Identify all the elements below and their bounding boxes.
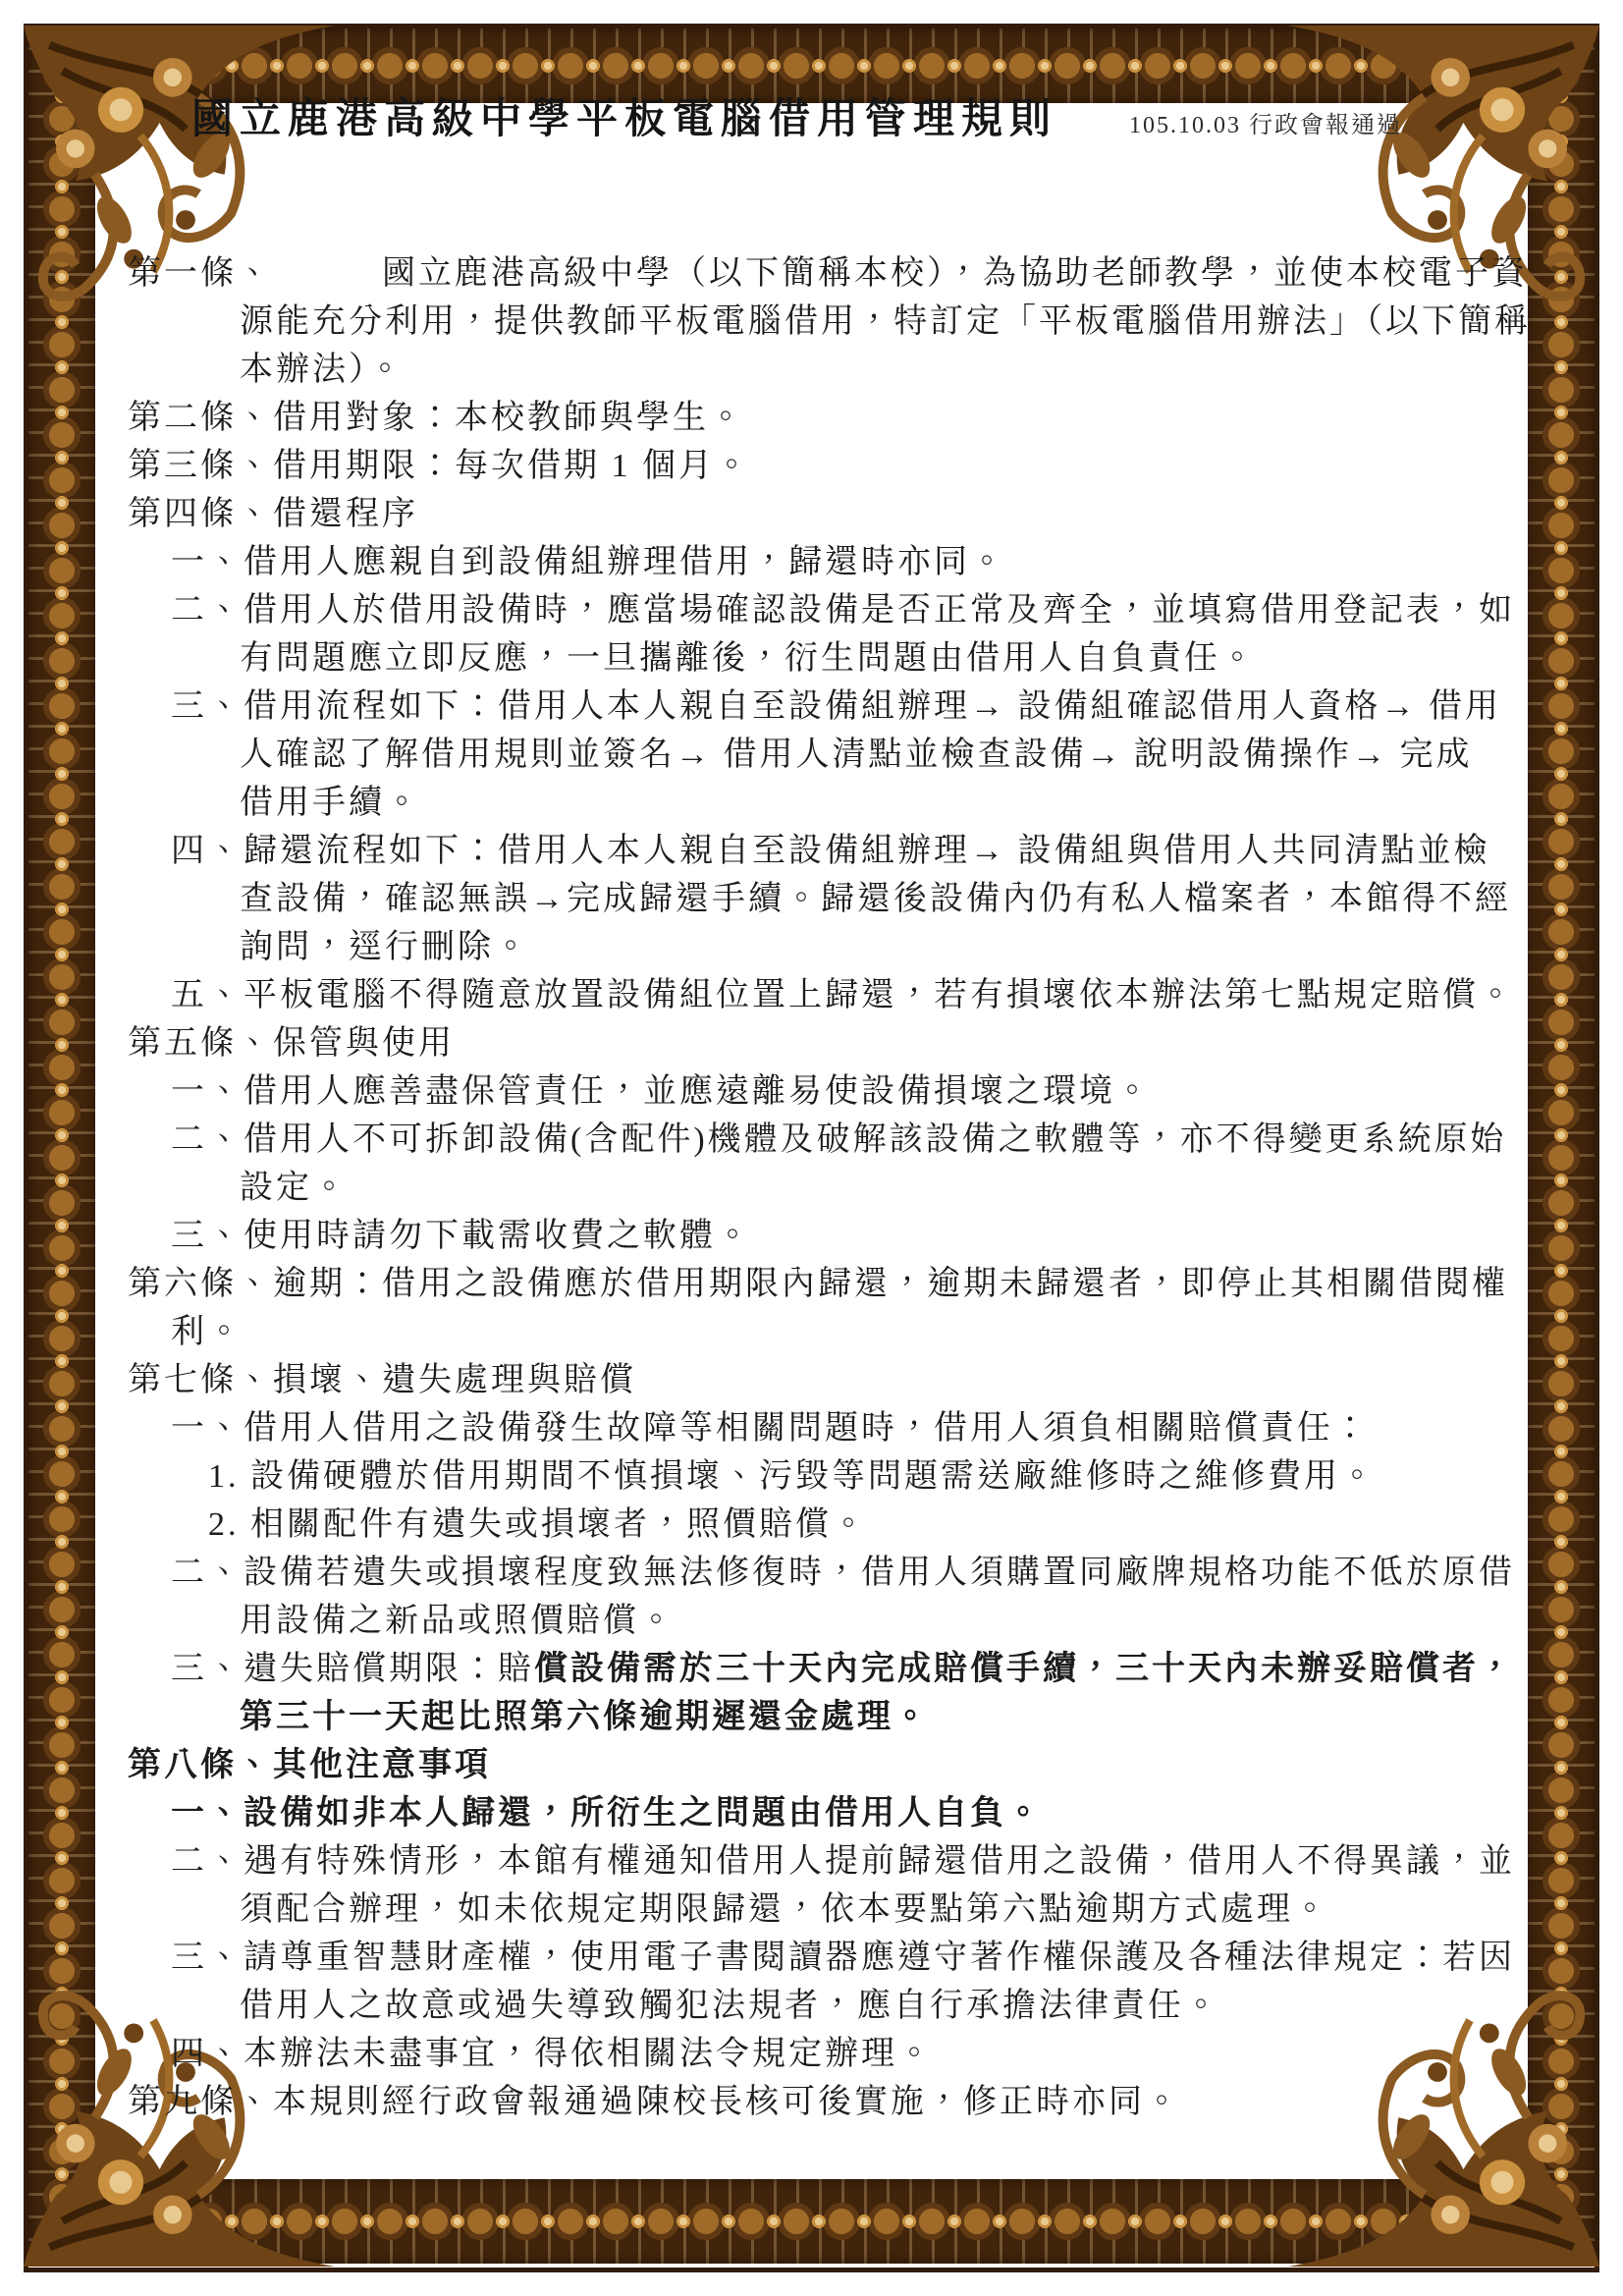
document-line: 有問題應立即反應，一旦攜離後，衍生問題由借用人自負責任。 <box>0 634 1623 683</box>
text-segment: 第三條、借用期限：每次借期 1 個月。 <box>128 448 751 484</box>
document-line: 一、設備如非本人歸還，所衍生之問題由借用人自負。 <box>0 1789 1623 1837</box>
document-line: 三、借用流程如下：借用人本人親自至設備組辦理→ 設備組確認借用人資格→ 借用 <box>0 683 1623 731</box>
document-line: 第四條、借還程序 <box>0 490 1623 538</box>
text-segment: 2. 相關配件有遺失或損壞者，照價賠償。 <box>208 1506 868 1543</box>
document-line: 第一條、 國立鹿港高級中學（以下簡稱本校），為協助老師教學，並使本校電子資 <box>0 249 1623 298</box>
text-segment: 第六條、逾期：借用之設備應於借用期限內歸還，逾期未歸還者，即停止其相關借閱權 <box>128 1266 1508 1302</box>
ornate-border-bottom <box>28 2179 1595 2264</box>
text-segment: 查設備，確認無誤→完成歸還手續。歸還後設備內仍有私人檔案者，本館得不經 <box>240 881 1511 917</box>
text-segment: 第三十一天起比照第六條逾期遲還金處理。 <box>240 1699 930 1735</box>
document-line: 1. 設備硬體於借用期間不慎損壞、污毀等問題需送廠維修時之維修費用。 <box>0 1452 1623 1501</box>
document-line: 四、歸還流程如下：借用人本人親自至設備組辦理→ 設備組與借用人共同清點並檢 <box>0 827 1623 875</box>
document-line: 三、使用時請勿下載需收費之軟體。 <box>0 1212 1623 1260</box>
text-segment: 第二條、借用對象：本校教師與學生。 <box>128 400 745 436</box>
document-line: 五、平板電腦不得隨意放置設備組位置上歸還，若有損壞依本辦法第七點規定賠償。 <box>0 971 1623 1019</box>
document-line: 第九條、本規則經行政會報通過陳校長核可後實施，修正時亦同。 <box>0 2078 1623 2126</box>
document-line: 第三條、借用期限：每次借期 1 個月。 <box>0 442 1623 490</box>
text-segment: 三、借用流程如下：借用人本人親自至設備組辦理→ 設備組確認借用人資格→ 借用 <box>171 688 1501 725</box>
document-line: 2. 相關配件有遺失或損壞者，照價賠償。 <box>0 1501 1623 1549</box>
document-line: 三、請尊重智慧財產權，使用電子書閱讀器應遵守著作權保護及各種法律規定：若因 <box>0 1934 1623 1982</box>
text-segment: 有問題應立即反應，一旦攜離後，衍生問題由借用人自負責任。 <box>240 640 1257 677</box>
document-line: 二、設備若遺失或損壞程度致無法修復時，借用人須購置同廠牌規格功能不低於原借 <box>0 1549 1623 1597</box>
document-line: 本辦法）。 <box>0 346 1623 394</box>
text-segment: 三、請尊重智慧財產權，使用電子書閱讀器應遵守著作權保護及各種法律規定：若因 <box>171 1940 1515 1976</box>
text-segment: 本辦法）。 <box>240 352 405 388</box>
document-line: 查設備，確認無誤→完成歸還手續。歸還後設備內仍有私人檔案者，本館得不經 <box>0 875 1623 923</box>
text-segment: 一、借用人應善盡保管責任，並應遠離易使設備損壞之環境。 <box>171 1073 1152 1110</box>
document-line: 一、借用人借用之設備發生故障等相關問題時，借用人須負相關賠償責任： <box>0 1404 1623 1452</box>
document-header: 國立鹿港高級中學平板電腦借用管理規則 105.10.03 行政會報通過 <box>0 86 1623 145</box>
text-segment: 源能充分利用，提供教師平板電腦借用，特訂定「平板電腦借用辦法」（以下簡稱 <box>240 303 1531 340</box>
text-segment: 第四條、借還程序 <box>128 496 418 532</box>
document-line: 利。 <box>0 1308 1623 1356</box>
text-segment: 一、借用人應親自到設備組辦理借用，歸還時亦同。 <box>171 544 1006 580</box>
text-segment: 第一條、 國立鹿港高級中學（以下簡稱本校），為協助老師教學，並使本校電子資 <box>128 255 1528 292</box>
text-segment: 一、借用人借用之設備發生故障等相關問題時，借用人須負相關賠償責任： <box>171 1410 1370 1447</box>
document-line: 設定。 <box>0 1164 1623 1212</box>
text-segment: 四、歸還流程如下：借用人本人親自至設備組辦理→ 設備組與借用人共同清點並檢 <box>171 833 1490 869</box>
text-segment: 詢問，逕行刪除。 <box>240 929 530 965</box>
text-segment: 借用人之故意或過失導致觸犯法規者，應自行承擔法律責任。 <box>240 1988 1220 2024</box>
text-segment: 利。 <box>171 1314 243 1350</box>
text-segment: 二、遇有特殊情形，本館有權通知借用人提前歸還借用之設備，借用人不得異議，並 <box>171 1843 1515 1880</box>
document-line: 用設備之新品或照價賠償。 <box>0 1597 1623 1645</box>
document-line: 人確認了解借用規則並簽名→ 借用人清點並檢查設備→ 說明設備操作→ 完成 <box>0 731 1623 779</box>
text-segment: 人確認了解借用規則並簽名→ 借用人清點並檢查設備→ 說明設備操作→ 完成 <box>240 737 1473 773</box>
page-title: 國立鹿港高級中學平板電腦借用管理規則 <box>191 86 1057 145</box>
document-line: 三、遺失賠償期限：賠償設備需於三十天內完成賠償手續，三十天內未辦妥賠償者， <box>0 1645 1623 1693</box>
document-page: 國立鹿港高級中學平板電腦借用管理規則 105.10.03 行政會報通過 第一條、… <box>0 0 1623 2296</box>
document-line: 第六條、逾期：借用之設備應於借用期限內歸還，逾期未歸還者，即停止其相關借閱權 <box>0 1260 1623 1308</box>
document-line: 一、借用人應親自到設備組辦理借用，歸還時亦同。 <box>0 538 1623 586</box>
approval-note: 105.10.03 行政會報通過 <box>1129 105 1402 139</box>
document-line: 二、借用人不可拆卸設備(含配件)機體及破解該設備之軟體等，亦不得變更系統原始 <box>0 1116 1623 1164</box>
document-line: 一、借用人應善盡保管責任，並應遠離易使設備損壞之環境。 <box>0 1067 1623 1116</box>
text-segment: 1. 設備硬體於借用期間不慎損壞、污毀等問題需送廠維修時之維修費用。 <box>208 1458 1377 1495</box>
text-segment: 借用手續。 <box>240 785 421 821</box>
text-segment: 三、使用時請勿下載需收費之軟體。 <box>171 1218 752 1254</box>
document-line: 第三十一天起比照第六條逾期遲還金處理。 <box>0 1693 1623 1741</box>
document-line: 第二條、借用對象：本校教師與學生。 <box>0 394 1623 442</box>
document-line: 詢問，逕行刪除。 <box>0 923 1623 971</box>
text-segment: 二、借用人不可拆卸設備(含配件)機體及破解該設備之軟體等，亦不得變更系統原始 <box>171 1121 1507 1158</box>
document-line: 借用手續。 <box>0 779 1623 827</box>
document-line: 借用人之故意或過失導致觸犯法規者，應自行承擔法律責任。 <box>0 1982 1623 2030</box>
text-segment: 第五條、保管與使用 <box>128 1025 455 1062</box>
text-segment: 償設備需於三十天內完成賠償手續，三十天內未辦妥賠償者， <box>534 1651 1515 1687</box>
text-segment: 設定。 <box>240 1170 349 1206</box>
text-segment: 須配合辦理，如未依規定期限歸還，依本要點第六點逾期方式處理。 <box>240 1891 1329 1928</box>
document-body: 第一條、 國立鹿港高級中學（以下簡稱本校），為協助老師教學，並使本校電子資源能充… <box>0 249 1623 2126</box>
document-line: 二、借用人於借用設備時，應當場確認設備是否正常及齊全，並填寫借用登記表，如 <box>0 586 1623 634</box>
document-line: 四、本辦法未盡事宜，得依相關法令規定辦理。 <box>0 2030 1623 2078</box>
document-line: 第八條、其他注意事項 <box>0 1741 1623 1789</box>
text-segment: 五、平板電腦不得隨意放置設備組位置上歸還，若有損壞依本辦法第七點規定賠償。 <box>171 977 1515 1013</box>
text-segment: 四、本辦法未盡事宜，得依相關法令規定辦理。 <box>171 2036 934 2072</box>
text-segment: 三、遺失賠償期限：賠 <box>171 1651 534 1687</box>
text-segment: 用設備之新品或照價賠償。 <box>240 1603 676 1639</box>
document-line: 第五條、保管與使用 <box>0 1019 1623 1067</box>
text-segment: 二、設備若遺失或損壞程度致無法修復時，借用人須購置同廠牌規格功能不低於原借 <box>171 1555 1515 1591</box>
document-line: 源能充分利用，提供教師平板電腦借用，特訂定「平板電腦借用辦法」（以下簡稱 <box>0 298 1623 346</box>
text-segment: 第八條、其他注意事項 <box>128 1747 491 1783</box>
document-line: 二、遇有特殊情形，本館有權通知借用人提前歸還借用之設備，借用人不得異議，並 <box>0 1837 1623 1886</box>
text-segment: 第七條、損壞、遺失處理與賠償 <box>128 1362 636 1398</box>
text-segment: 二、借用人於借用設備時，應當場確認設備是否正常及齊全，並填寫借用登記表，如 <box>171 592 1515 629</box>
document-line: 第七條、損壞、遺失處理與賠償 <box>0 1356 1623 1404</box>
document-line: 須配合辦理，如未依規定期限歸還，依本要點第六點逾期方式處理。 <box>0 1886 1623 1934</box>
text-segment: 第九條、本規則經行政會報通過陳校長核可後實施，修正時亦同。 <box>128 2084 1181 2120</box>
text-segment: 一、設備如非本人歸還，所衍生之問題由借用人自負。 <box>171 1795 1043 1831</box>
